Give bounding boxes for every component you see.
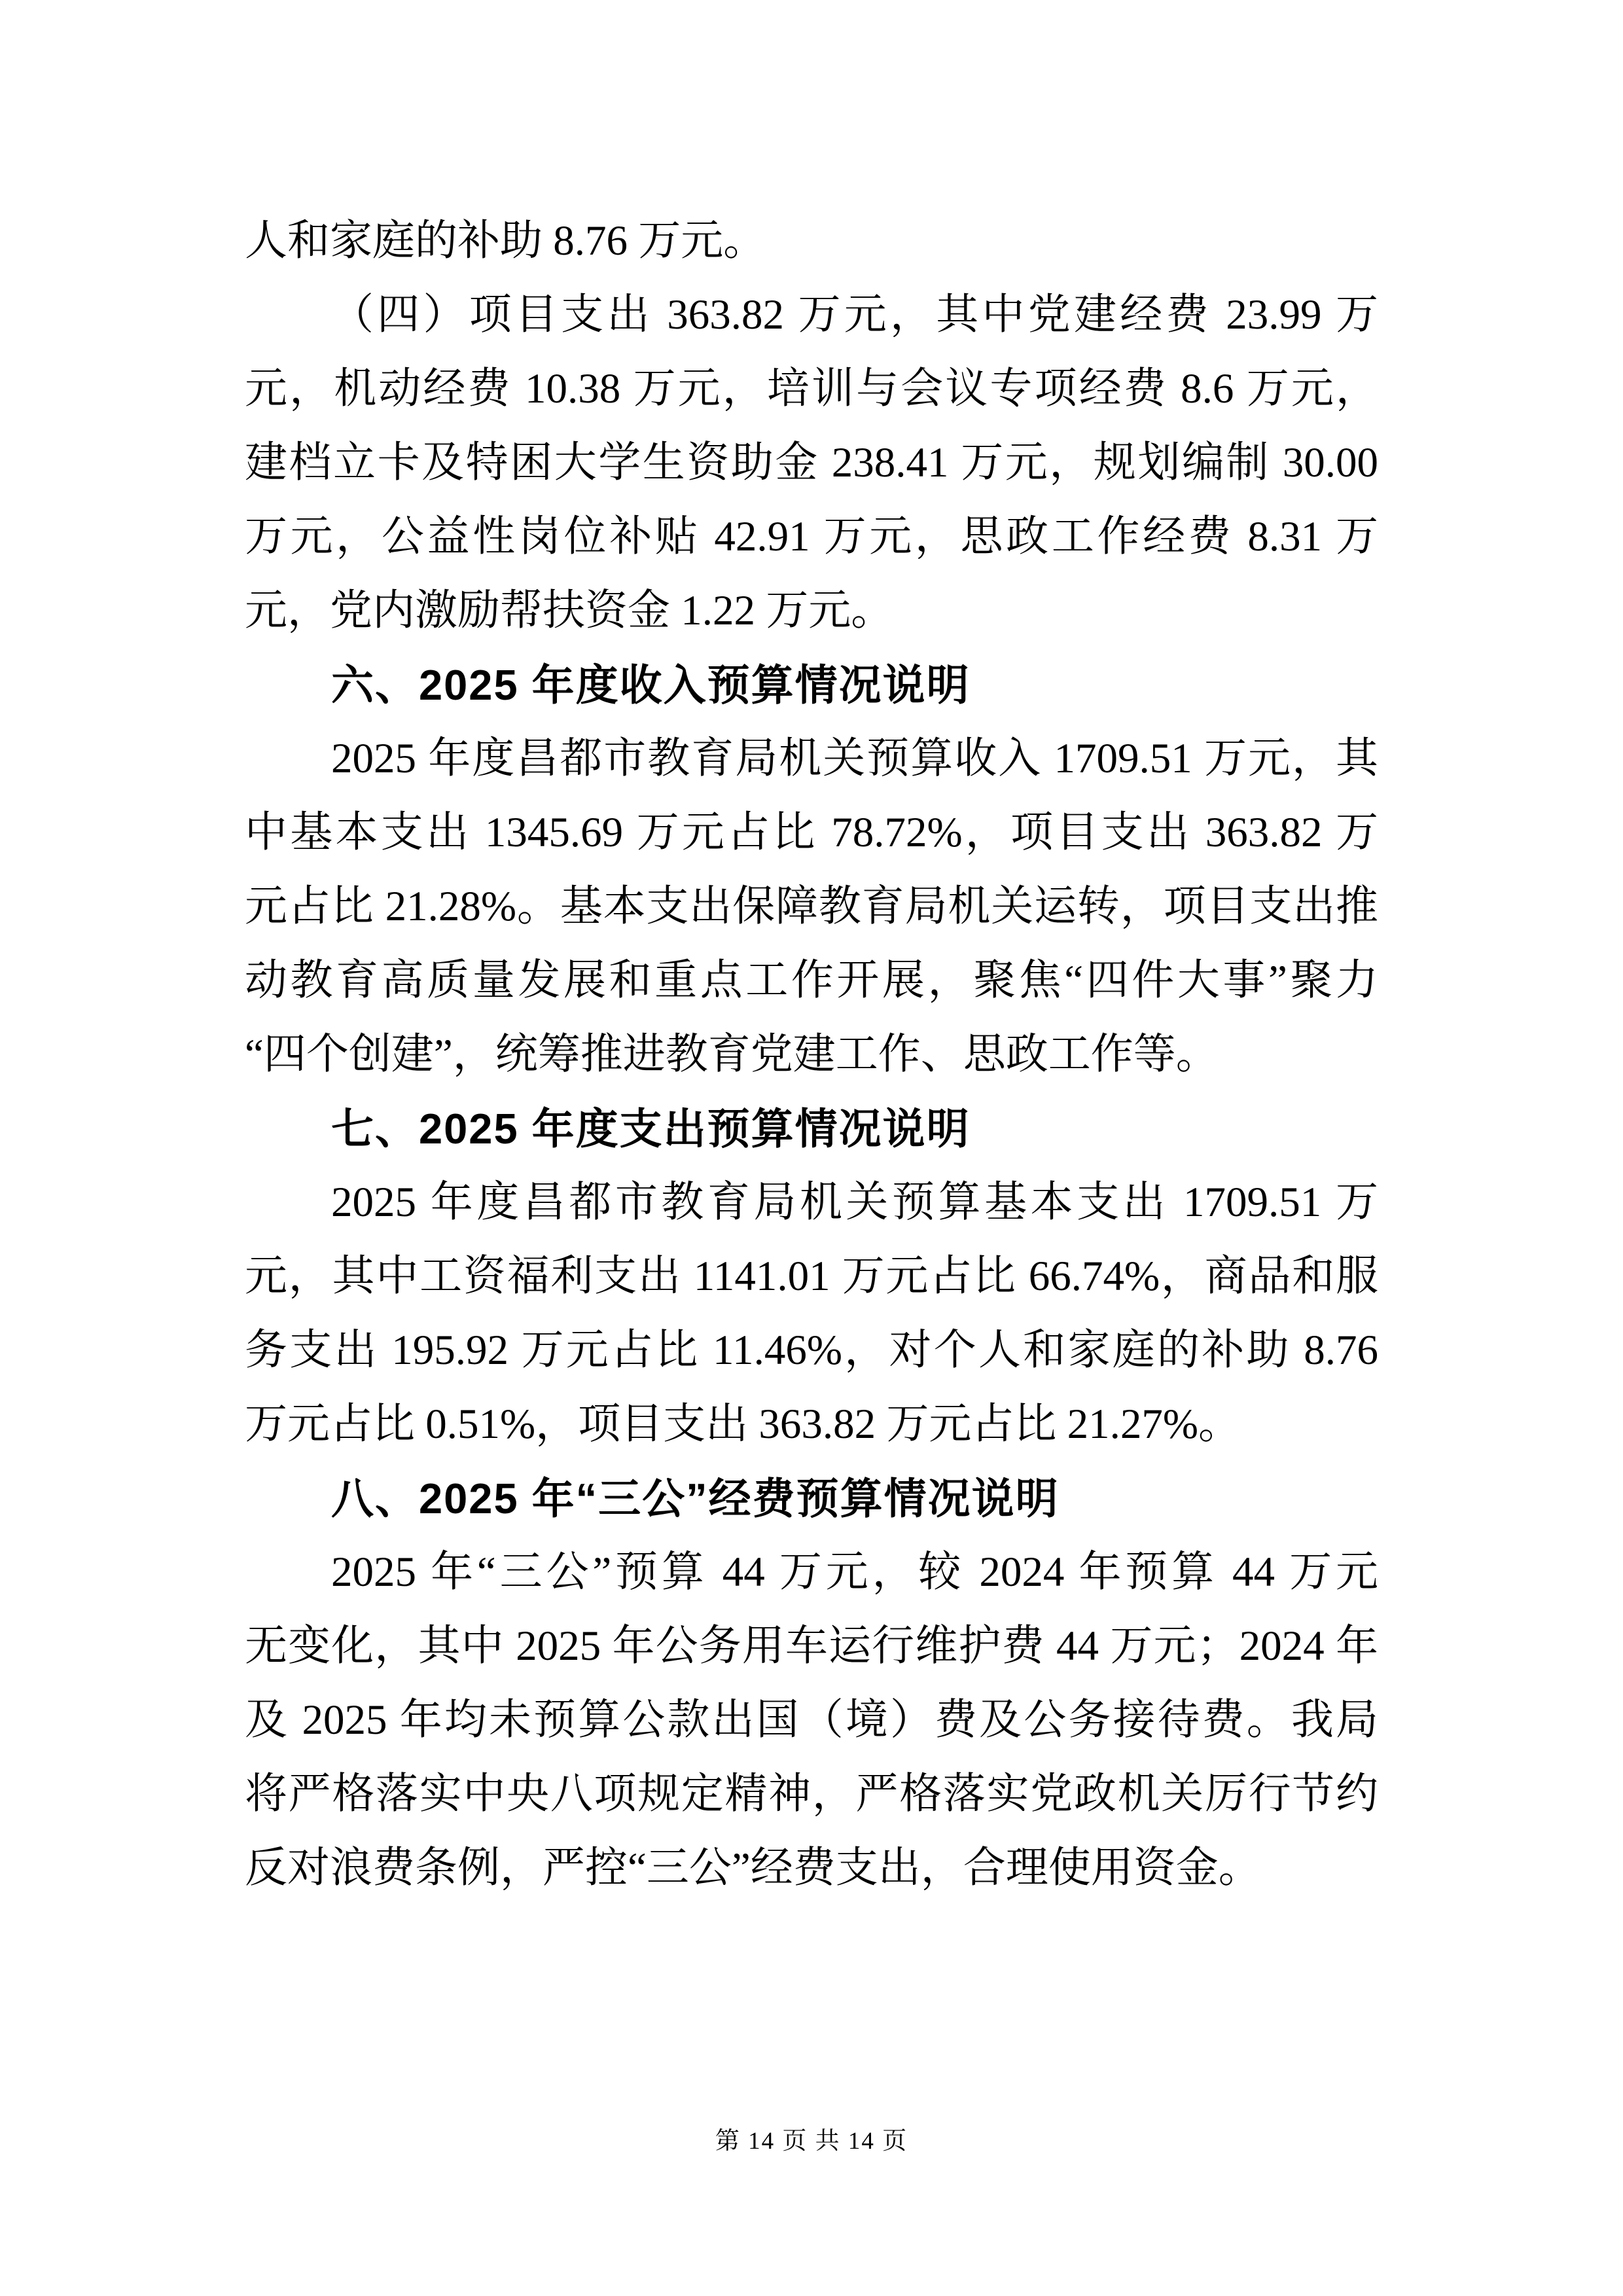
body-line: 务支出 195.92 万元占比 11.46%，对个人和家庭的补助 8.76: [245, 1314, 1378, 1388]
body-line: 反对浪费条例，严控“三公”经费支出，合理使用资金。: [245, 1831, 1378, 1905]
page-footer: 第 14 页 共 14 页: [0, 2126, 1623, 2157]
body-line: 万元，公益性岗位补贴 42.91 万元，思政工作经费 8.31 万: [245, 500, 1378, 574]
body-line: 中基本支出 1345.69 万元占比 78.72%，项目支出 363.82 万: [245, 796, 1378, 870]
body-line: 无变化，其中 2025 年公务用车运行维护费 44 万元；2024 年: [245, 1609, 1378, 1683]
section-heading-7: 七、2025 年度支出预算情况说明: [245, 1092, 1378, 1166]
section-heading-6: 六、2025 年度收入预算情况说明: [245, 648, 1378, 722]
body-line: 万元占比 0.51%，项目支出 363.82 万元占比 21.27%。: [245, 1388, 1378, 1462]
body-line: 2025 年度昌都市教育局机关预算收入 1709.51 万元，其: [245, 722, 1378, 796]
document-body: 人和家庭的补助 8.76 万元。 （四）项目支出 363.82 万元，其中党建经…: [245, 204, 1378, 1905]
document-page: 人和家庭的补助 8.76 万元。 （四）项目支出 363.82 万元，其中党建经…: [0, 0, 1623, 2296]
body-line: 元，机动经费 10.38 万元，培训与会议专项经费 8.6 万元，: [245, 352, 1378, 426]
body-line: 元占比 21.28%。基本支出保障教育局机关运转，项目支出推: [245, 870, 1378, 944]
body-line: 建档立卡及特困大学生资助金 238.41 万元，规划编制 30.00: [245, 426, 1378, 500]
section-heading-8: 八、2025 年“三公”经费预算情况说明: [245, 1462, 1378, 1535]
body-line: 及 2025 年均未预算公款出国（境）费及公务接待费。我局: [245, 1683, 1378, 1757]
body-line: 2025 年“三公”预算 44 万元，较 2024 年预算 44 万元: [245, 1535, 1378, 1609]
body-line: 2025 年度昌都市教育局机关预算基本支出 1709.51 万: [245, 1166, 1378, 1240]
body-line: 元，其中工资福利支出 1141.01 万元占比 66.74%，商品和服: [245, 1240, 1378, 1314]
body-line: 人和家庭的补助 8.76 万元。: [245, 204, 1378, 278]
body-line: （四）项目支出 363.82 万元，其中党建经费 23.99 万: [245, 278, 1378, 352]
body-line: “四个创建”，统筹推进教育党建工作、思政工作等。: [245, 1018, 1378, 1092]
body-line: 元，党内激励帮扶资金 1.22 万元。: [245, 574, 1378, 648]
body-line: 将严格落实中央八项规定精神，严格落实党政机关厉行节约: [245, 1757, 1378, 1831]
body-line: 动教育高质量发展和重点工作开展，聚焦“四件大事”聚力: [245, 944, 1378, 1018]
